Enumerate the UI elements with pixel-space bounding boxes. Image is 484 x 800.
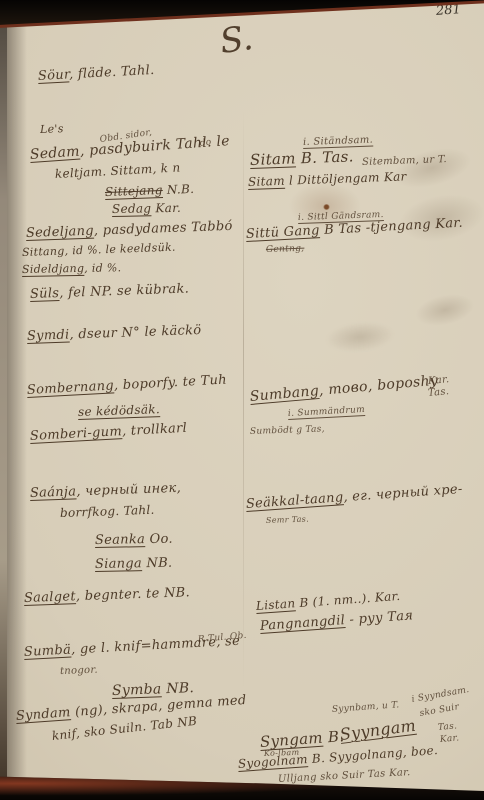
entry-text: Ulljang sko Suir Tas Kar. xyxy=(278,767,411,785)
entry-text: borrfkog. Tahl. xyxy=(60,503,155,520)
handwritten-line: i. Sitändsam. xyxy=(303,135,373,148)
entry-text: Kar. xyxy=(439,733,459,745)
entry-text: Gentng, xyxy=(266,244,305,255)
handwritten-line: Pangnangdil - руу Тая xyxy=(260,609,414,634)
entry-text: , черный инек, xyxy=(76,481,181,500)
entry-text: B. Syygolnang, boe. xyxy=(307,743,438,766)
entry-text: tnogor. xyxy=(60,665,98,677)
handwritten-line: sko Suir xyxy=(419,703,460,720)
handwritten-line: Sedeljang, pasdydames Tabbó xyxy=(26,220,233,242)
entry-headword: Sedeljang xyxy=(26,224,94,241)
handwritten-line: Gentng, xyxy=(266,245,305,256)
handwritten-line: Semr Tas. xyxy=(266,516,309,526)
handwritten-line: Syynbam, u T. xyxy=(332,701,400,716)
entry-headword: Sombernang xyxy=(27,378,115,398)
handwritten-line: Sideldjang, id %. xyxy=(22,262,122,276)
handwritten-line: Ulljang sko Suir Tas Kar. xyxy=(278,767,411,785)
entry-text: NB. xyxy=(161,680,194,697)
entry-text: Kar. xyxy=(428,374,450,387)
manuscript-lines: 281 S. Söur, fläde. Tahl.Le'sObd. sidor,… xyxy=(0,0,484,800)
entry-headword: Syogolnam xyxy=(237,752,308,771)
handwritten-line: Süls, fel NP. se kübrak. xyxy=(30,282,190,302)
entry-headword: Sianga xyxy=(95,556,142,572)
entry-text: B (1. nm..). Kar. xyxy=(295,589,401,610)
entry-text: Le's xyxy=(40,122,64,136)
handwritten-line: Saalget, begnter. te NB. xyxy=(24,586,190,606)
entry-text: , id %. xyxy=(84,261,121,275)
entry-headword: Sitam xyxy=(248,174,285,189)
handwritten-line: Somberi-gum, trollkarl xyxy=(30,422,188,445)
entry-text: , тово, boposhy xyxy=(318,373,438,399)
handwritten-line: Saánja, черный инек, xyxy=(30,482,182,502)
entry-headword: Sitam xyxy=(250,149,296,169)
entry-headword: Sideldjang xyxy=(22,262,84,276)
handwritten-line: Syngam B. xyxy=(259,728,344,750)
handwritten-line: Seäkkal-taang, ег. черный хре- xyxy=(246,483,464,512)
entry-headword: Sumbang xyxy=(249,383,319,405)
manuscript-photo: 281 S. Söur, fläde. Tahl.Le'sObd. sidor,… xyxy=(0,0,484,800)
handwritten-line: Kar. xyxy=(440,734,460,746)
entry-text: NB. xyxy=(142,556,173,572)
entry-text: Sumbödt g Tas, xyxy=(250,424,325,437)
handwritten-line: se kédödsäk. xyxy=(78,403,160,419)
handwritten-line: i Syyndsam. xyxy=(411,686,470,706)
handwritten-line: Sumbä, ge l. knif=hammare, se xyxy=(24,635,241,661)
book-gutter-edge xyxy=(0,0,7,800)
entry-text: Sittang, id %. le keeldsük. xyxy=(22,241,176,259)
handwritten-line: Kar. xyxy=(428,374,450,387)
entry-text: , dseur N° le käckö xyxy=(69,323,201,343)
handwritten-line: Söur, fläde. Tahl. xyxy=(38,64,155,84)
handwritten-line: Sittejang N.B. xyxy=(105,183,195,199)
entry-headword: Syyngam xyxy=(339,716,417,744)
handwritten-line: Tas. xyxy=(438,722,458,734)
entry-text: keltjam. Sittam, k n xyxy=(55,160,181,181)
entry-text: i. Summändrum xyxy=(288,405,366,419)
entry-headword: Symdi xyxy=(27,328,70,344)
entry-headword: Pangnangdil xyxy=(259,613,345,634)
handwritten-line: Sedag Kar. xyxy=(112,202,181,216)
handwritten-line: Sianga NB. xyxy=(95,557,173,573)
handwritten-line: Sitembam, ur T. xyxy=(362,154,447,168)
entry-text: Semr Tas. xyxy=(266,515,309,525)
handwritten-line: Symdi, dseur N° le käckö xyxy=(27,324,202,344)
entry-headword: Süls xyxy=(30,286,60,302)
entry-text: Tas. xyxy=(428,386,450,399)
handwritten-line: keltjam. Sittam, k n xyxy=(55,161,181,181)
handwritten-line: Sumbödt g Tas, xyxy=(250,425,325,437)
entry-headword: Sedam xyxy=(29,144,80,163)
entry-text: , fel NP. se kübrak. xyxy=(59,281,189,301)
handwritten-line: Sittang, id %. le keeldsük. xyxy=(22,242,176,259)
entry-text: Oo. xyxy=(145,532,173,547)
entry-headword: Symba xyxy=(112,681,162,699)
entry-headword: Syndam xyxy=(15,705,71,724)
entry-headword: Seanka xyxy=(95,532,145,548)
entry-text: sko Suir xyxy=(419,702,460,719)
entry-text: - руу Тая xyxy=(345,608,414,628)
entry-text: l Dittöljengam Kar xyxy=(285,169,407,187)
entry-headword: Somberi-gum xyxy=(30,424,123,444)
entry-text: i Syyndsam. xyxy=(411,685,470,705)
handwritten-line: tnogor. xyxy=(60,665,98,677)
handwritten-line: borrfkog. Tahl. xyxy=(60,504,155,520)
entry-headword: Sittejang xyxy=(105,183,163,199)
handwritten-line: Tas. xyxy=(428,386,450,399)
entry-text: , trollkarl xyxy=(122,421,188,439)
entry-text: B. Tas. xyxy=(295,147,354,167)
handwritten-line: Syyngam xyxy=(339,717,417,744)
entry-text: Sitembam, ur T. xyxy=(362,154,447,168)
entry-text: , begnter. te NB. xyxy=(76,585,191,604)
entry-text: , fläde. Tahl. xyxy=(69,63,155,82)
entry-headword: Sumbä xyxy=(24,643,72,660)
handwritten-line: i. Summändrum xyxy=(288,406,366,420)
entry-text: , pasdydames Tabbó xyxy=(94,219,233,239)
entry-headword: Listan xyxy=(255,596,295,613)
entry-headword: Saalget xyxy=(24,589,76,606)
entry-text: N.B. xyxy=(162,182,194,197)
handwritten-line: Seanka Oo. xyxy=(95,533,173,549)
handwritten-line: Sombernang, boporfy. te Tuh xyxy=(27,374,228,399)
entry-text: , boporfy. te Tuh xyxy=(114,373,228,394)
entry-headword: Söur xyxy=(38,67,70,84)
section-letter: S. xyxy=(217,18,255,62)
handwritten-line: Sitam l Dittöljengam Kar xyxy=(248,170,407,189)
entry-text: Syynbam, u T. xyxy=(332,700,400,715)
entry-text: i. Sitändsam. xyxy=(303,135,373,148)
entry-headword: Sedag xyxy=(112,201,152,216)
handwritten-line: Sitam B. Tas. xyxy=(250,148,354,168)
entry-text: , ge l. knif=hammare, se xyxy=(71,634,241,658)
handwritten-line: Le's xyxy=(40,123,64,136)
handwritten-line: Sumbang, тово, boposhy xyxy=(249,374,438,406)
entry-text: se kédödsäk. xyxy=(78,402,160,419)
entry-text: Kar. xyxy=(151,201,181,216)
entry-headword: Sittü Gang xyxy=(246,223,321,242)
entry-text: Tas. xyxy=(437,721,457,733)
entry-headword: Saánja xyxy=(30,484,77,501)
entry-headword: Seäkkal-taang xyxy=(245,490,344,512)
handwritten-line: Sittü Gang B Tas -tjengang Kar. xyxy=(246,217,464,243)
entry-text: , ег. черный хре- xyxy=(343,482,463,505)
